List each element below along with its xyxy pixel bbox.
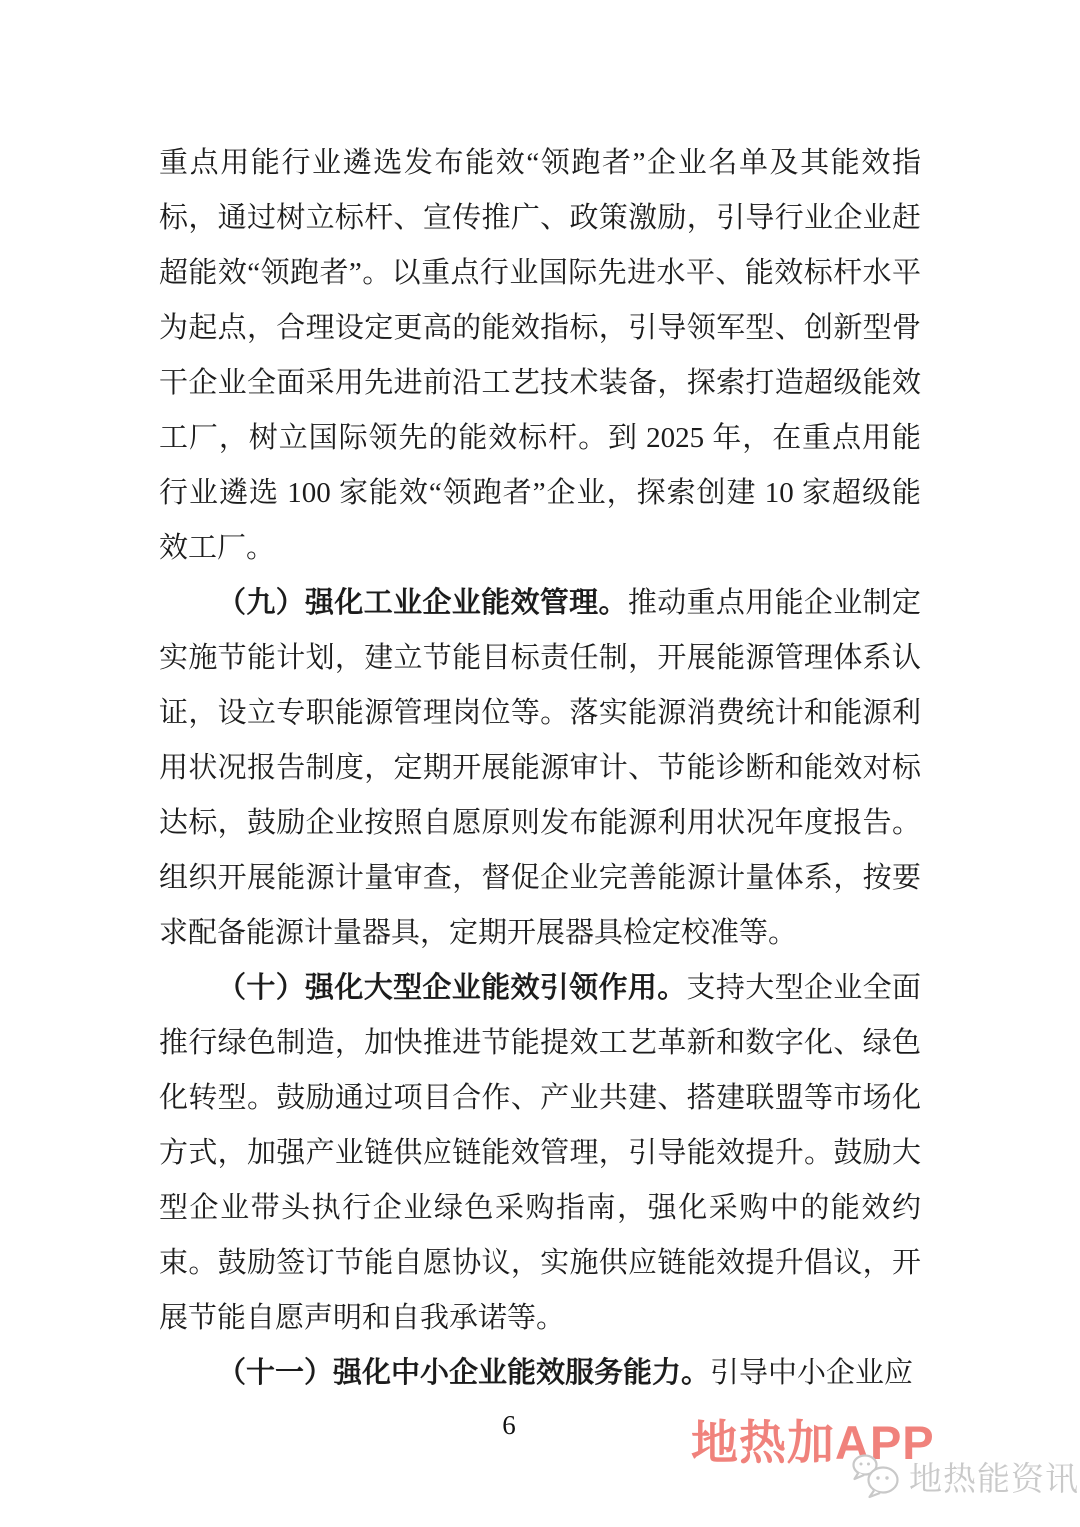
document-body: 重点用能行业遴选发布能效“领跑者”企业名单及其能效指标，通过树立标杆、宣传推广、… bbox=[159, 136, 921, 1401]
paragraph-text: 推动重点用能企业制定实施节能计划，建立节能目标责任制，开展能源管理体系认证，设立… bbox=[159, 587, 921, 949]
paragraph-text: 引导中小企业应 bbox=[710, 1357, 913, 1389]
paragraph: 重点用能行业遴选发布能效“领跑者”企业名单及其能效指标，通过树立标杆、宣传推广、… bbox=[159, 136, 921, 576]
paragraph: （九）强化工业企业能效管理。推动重点用能企业制定实施节能计划，建立节能目标责任制… bbox=[159, 576, 921, 961]
channel-watermark: 地热能资讯 bbox=[850, 1452, 1079, 1500]
paragraph-heading: （九）强化工业企业能效管理。 bbox=[217, 587, 628, 619]
channel-label: 地热能资讯 bbox=[909, 1453, 1079, 1500]
wechat-icon bbox=[850, 1452, 902, 1500]
paragraph-heading: （十一）强化中小企业能效服务能力。 bbox=[217, 1357, 710, 1389]
paragraph-text: 支持大型企业全面推行绿色制造，加快推进节能提效工艺革新和数字化、绿色化转型。鼓励… bbox=[159, 972, 921, 1334]
paragraph: （十）强化大型企业能效引领作用。支持大型企业全面推行绿色制造，加快推进节能提效工… bbox=[159, 961, 921, 1346]
paragraph: （十一）强化中小企业能效服务能力。引导中小企业应 bbox=[159, 1346, 921, 1401]
paragraph-text: 重点用能行业遴选发布能效“领跑者”企业名单及其能效指标，通过树立标杆、宣传推广、… bbox=[159, 147, 921, 564]
document-page: 重点用能行业遴选发布能效“领跑者”企业名单及其能效指标，通过树立标杆、宣传推广、… bbox=[0, 0, 1080, 1527]
paragraph-heading: （十）强化大型企业能效引领作用。 bbox=[217, 972, 687, 1004]
